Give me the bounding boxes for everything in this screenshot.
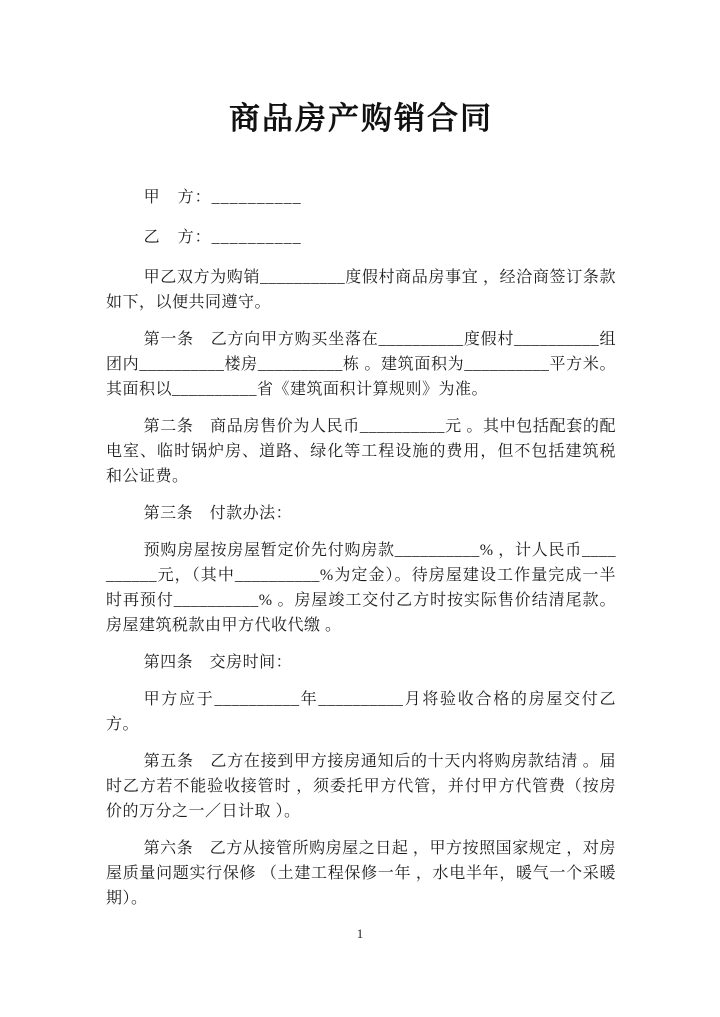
- article-1-paragraph: 第一条 乙方向甲方购买坐落在__________度假村__________组团内…: [106, 327, 616, 402]
- article-3-payment-paragraph: 预购房屋按房屋暂定价先付购房款__________% ，计人民币________…: [106, 538, 616, 638]
- intro-paragraph: 甲乙双方为购销__________度假村商品房事宜 ，经洽商签订条款如下，以便共…: [106, 265, 616, 315]
- article-4-heading: 第四条 交房时间：: [106, 650, 616, 675]
- article-5-paragraph: 第五条 乙方在接到甲方接房通知后的十天内将购房款结清 。届时乙方若不能验收接管时…: [106, 749, 616, 824]
- page-number: 1: [0, 926, 720, 942]
- article-2-paragraph: 第二条 商品房售价为人民币__________元 。其中包括配套的配电室、临时锅…: [106, 414, 616, 489]
- article-4-delivery-paragraph: 甲方应于__________年__________月将验收合格的房屋交付乙方。: [106, 687, 616, 737]
- document-title: 商品房产购销合同: [106, 98, 616, 140]
- contract-page: 商品房产购销合同 甲 方：__________ 乙 方：__________ 甲…: [0, 0, 720, 1017]
- article-3-heading: 第三条 付款办法：: [106, 501, 616, 526]
- article-6-paragraph: 第六条 乙方从接管所购房屋之日起 ，甲方按照国家规定 ，对房屋质量问题实行保修 …: [106, 836, 616, 911]
- party-b-line: 乙 方：__________: [106, 225, 616, 250]
- party-a-line: 甲 方：__________: [106, 185, 616, 210]
